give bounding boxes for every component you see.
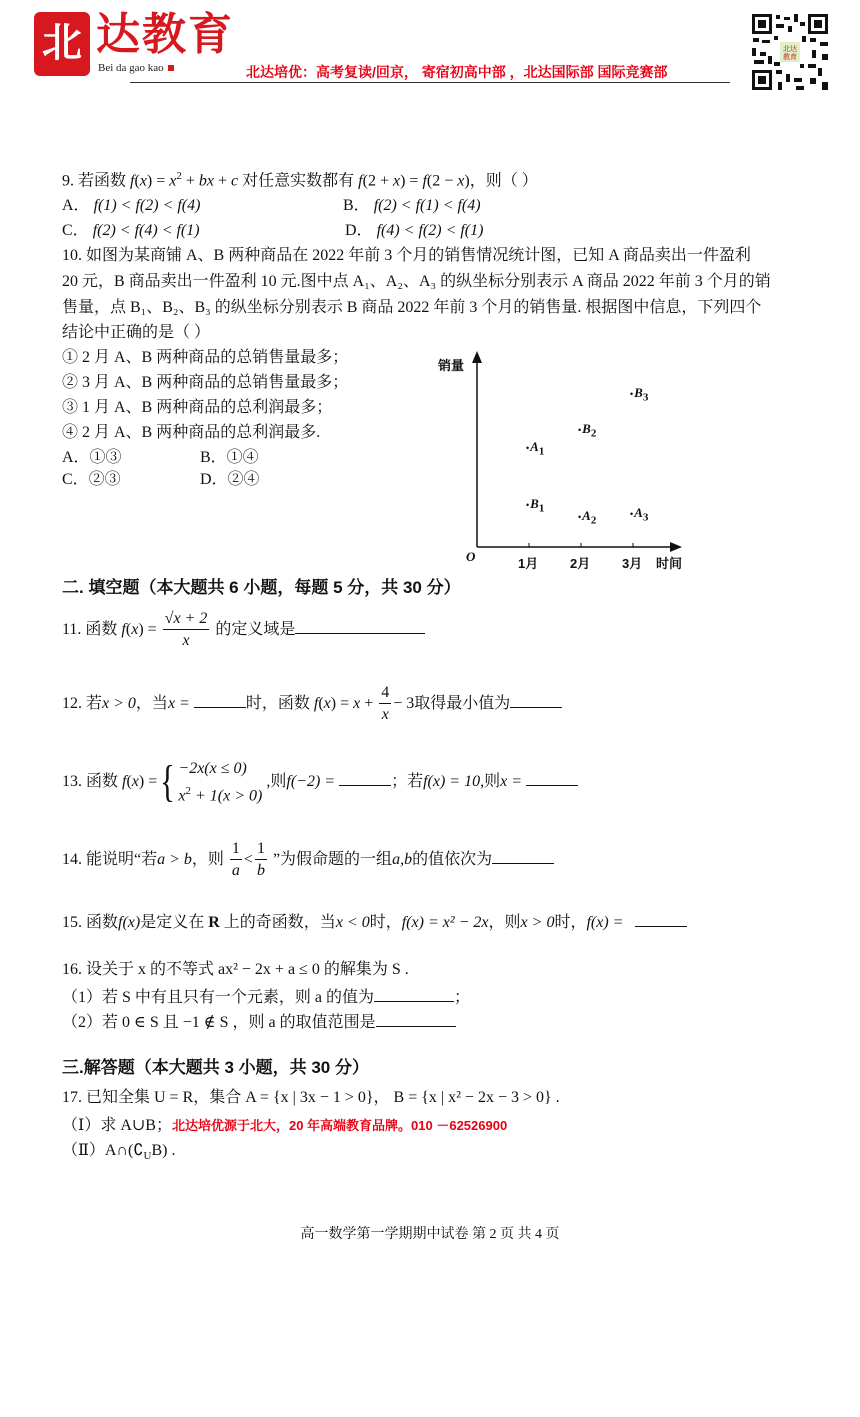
option-label: B． xyxy=(343,197,370,214)
q13-f-neg2: f(−2) = xyxy=(286,773,335,790)
q11: 11. 函数 f(x) = √x + 2x 的定义域是 xyxy=(62,606,425,654)
qr-code-icon: 北达 教育 xyxy=(750,12,830,92)
logo-subtitle: Bei da gao kao xyxy=(98,62,174,74)
y-axis-label: 销量 xyxy=(438,355,464,374)
q9-option-b[interactable]: B． f(2) < f(1) < f(4) xyxy=(343,196,481,216)
q14-condition: a > b xyxy=(157,851,192,868)
chart-axes xyxy=(430,345,690,575)
q15: 15. 函数f(x)是定义在 R 上的奇函数，当x < 0时，f(x) = x²… xyxy=(62,910,687,933)
q10-line-2: 20 元，B 商品卖出一件盈利 10 元.图中点 A₁、A₂、A₃ 的纵坐标分别… xyxy=(62,272,771,292)
point-b1: B1 xyxy=(526,496,544,515)
square-icon xyxy=(168,65,174,71)
q12: 12. 若x > 0，当x = 时，函数 f(x) = x + 4x− 3取得最… xyxy=(62,680,562,728)
q10-option-c[interactable]: C．②③ xyxy=(62,470,121,490)
q14-suffix: ”为假命题的一组 xyxy=(273,851,392,868)
q10-line-3: 售量，点 B₁、B₂、B₃ 的纵坐标分别表示 B 商品 2022 年前 3 个月… xyxy=(62,298,761,318)
numerator: 1 xyxy=(230,839,242,860)
q17-part-2-text: （Ⅱ）A∩(∁ xyxy=(62,1142,144,1159)
q16-blank-2[interactable] xyxy=(376,1010,456,1027)
q13-f-eq-10: f(x) = 10 xyxy=(423,773,480,790)
point-b3: B3 xyxy=(630,385,648,404)
header-slogan: 北达培优：高考复读/回京， 寄宿初高中部 ，北达国际部 国际竞赛部 xyxy=(246,62,668,82)
q14-ab: a,b xyxy=(392,851,412,868)
q17-part-2-end: B) . xyxy=(151,1142,175,1159)
numerator: 1 xyxy=(255,839,267,860)
q15-text-4: ，则 xyxy=(489,914,521,931)
q15-fx-eq: f(x) = xyxy=(586,914,623,931)
q9-mid: 对任意实数都有 xyxy=(242,172,354,189)
q15-text-1: 是定义在 xyxy=(140,914,204,931)
q12-suffix: 取得最小值为 xyxy=(414,695,510,712)
q13-then: ,则 xyxy=(480,773,500,790)
point-a2: A2 xyxy=(578,508,596,527)
q15-fx: f(x) xyxy=(118,914,140,931)
section-2-title: 二. 填空题（本大题共 6 小题，每题 5 分，共 30 分） xyxy=(62,578,461,598)
q16-stem: 16. 设关于 x 的不等式 ax² − 2x + a ≤ 0 的解集为 S . xyxy=(62,960,409,980)
denominator: x xyxy=(163,630,210,652)
q12-text: ，当 xyxy=(136,695,168,712)
q12-x-eq: x = xyxy=(168,695,190,712)
q12-minus: − 3 xyxy=(393,695,414,712)
q11-prefix: 11. 函数 xyxy=(62,621,117,638)
option-expr: f(1) < f(2) < f(4) xyxy=(94,197,201,214)
denominator: b xyxy=(255,860,267,882)
q14-blank[interactable] xyxy=(492,847,554,864)
piecewise-cases: −2x(x ≤ 0)x2 + 1(x > 0) xyxy=(178,758,262,807)
q13-x-eq: x = xyxy=(500,773,522,790)
q13-sep: ；若 xyxy=(391,773,423,790)
q10-line-1: 10. 如图为某商铺 A、B 两种商品在 2022 年前 3 个月的销售情况统计… xyxy=(62,246,751,266)
q15-text-3: 时， xyxy=(370,914,402,931)
option-label: A． xyxy=(62,197,90,214)
q13-mid: ,则 xyxy=(266,773,286,790)
q10-statement-3: ③ 1 月 A、B 两种商品的总利润最多； xyxy=(62,398,332,418)
q9-stem: 9. 若函数 f(x) = x2 + bx + c 对任意实数都有 f(2 + … xyxy=(62,166,538,191)
q14-lt: < xyxy=(244,851,253,868)
q10-statement-4: ④ 2 月 A、B 两种商品的总利润最多. xyxy=(62,423,320,443)
q16-part-2: （2）若 0 ∈ S 且 −1 ∉ S ，则 a 的取值范围是 xyxy=(62,1010,456,1033)
numerator: 4 xyxy=(379,683,391,704)
q10-statement-2: ② 3 月 A、B 两种商品的总销售量最多； xyxy=(62,373,348,393)
q12-x-blank[interactable] xyxy=(194,691,246,708)
option-expr: f(4) < f(2) < f(1) xyxy=(377,222,484,239)
option-expr: f(2) < f(4) < f(1) xyxy=(93,222,200,239)
q16-blank-1[interactable] xyxy=(374,985,454,1002)
q9-prefix: 9. 若函数 xyxy=(62,172,126,189)
origin-label: O xyxy=(466,549,475,565)
case-2-rest: + 1(x > 0) xyxy=(191,787,262,804)
q16-part-2-text: （2）若 0 ∈ S 且 −1 ∉ S ，则 a 的取值范围是 xyxy=(62,1014,376,1031)
q9-option-c[interactable]: C． f(2) < f(4) < f(1) xyxy=(62,221,200,241)
q17-part-1: （Ⅰ）求 A∪B；北达培优源于北大，20 年高端教育品牌。010 －625269… xyxy=(62,1116,507,1136)
q12-fraction: 4x xyxy=(379,683,391,726)
option-label: D． xyxy=(345,222,373,239)
x-tick-1: 1月 xyxy=(518,553,538,572)
q10-option-b[interactable]: B．①④ xyxy=(200,448,259,468)
q13-blank-2[interactable] xyxy=(526,769,578,786)
q10-statement-1: ① 2 月 A、B 两种商品的总销售量最多； xyxy=(62,348,348,368)
ad-banner: 北达培优源于北大，20 年高端教育品牌。010 －62526900 xyxy=(172,1118,507,1133)
denominator: a xyxy=(230,860,242,882)
logo-mark: 北 xyxy=(34,12,90,76)
q15-prefix: 15. 函数 xyxy=(62,914,118,931)
case-2-var: x xyxy=(178,787,185,804)
q15-cond-1: x < 0 xyxy=(336,914,370,931)
q13-prefix: 13. 函数 xyxy=(62,773,118,790)
q16-part-1-text: （1）若 S 中有且只有一个元素，则 a 的值为 xyxy=(62,989,374,1006)
q17-part-2: （Ⅱ）A∩(∁UB) . xyxy=(62,1141,175,1166)
sales-scatter-chart: 销量 O 1月 2月 3月 时间 A1 A2 A3 B1 B2 B3 xyxy=(430,345,690,575)
q12-min-blank[interactable] xyxy=(510,691,562,708)
q10-option-a[interactable]: A．①③ xyxy=(62,448,122,468)
q15-text-2: 上的奇函数，当 xyxy=(224,914,336,931)
q13: 13. 函数 f(x) ={−2x(x ≤ 0)x2 + 1(x > 0) ,则… xyxy=(62,755,578,809)
q17-stem: 17. 已知全集 U = R，集合 A = {x | 3x − 1 > 0}， … xyxy=(62,1088,560,1108)
logo-text: 达教育 xyxy=(96,10,234,60)
q16-part-1: （1）若 S 中有且只有一个元素，则 a 的值为； xyxy=(62,985,470,1008)
q11-suffix: 的定义域是 xyxy=(215,621,295,638)
q14-frac-a: 1a xyxy=(230,839,242,882)
option-label: C． xyxy=(62,222,89,239)
q15-reals: R xyxy=(208,914,220,931)
section-3-title: 三.解答题（本大题共 3 小题，共 30 分） xyxy=(62,1058,369,1078)
denominator: x xyxy=(379,704,391,726)
q15-cond-2: x > 0 xyxy=(521,914,555,931)
page-footer: 高一数学第一学期期中试卷 第 2 页 共 4 页 xyxy=(0,1223,860,1243)
q9-end: ，则（ ） xyxy=(470,172,538,189)
q14-prefix: 14. 能说明“若 xyxy=(62,851,157,868)
x-tick-2: 2月 xyxy=(570,553,590,572)
q15-expr: f(x) = x² − 2x xyxy=(402,914,489,931)
point-a1: A1 xyxy=(526,439,544,458)
q11-fraction: √x + 2x xyxy=(163,609,210,652)
q15-blank[interactable] xyxy=(635,910,687,927)
q14: 14. 能说明“若a > b，则 1a<1b ”为假命题的一组a,b的值依次为 xyxy=(62,836,554,884)
header-divider xyxy=(130,82,730,83)
q17-part-1-text: （Ⅰ）求 A∪B； xyxy=(62,1117,172,1134)
q11-answer-blank[interactable] xyxy=(295,617,425,634)
x-axis-label: 时间 xyxy=(656,553,682,572)
q9-option-d[interactable]: D． f(4) < f(2) < f(1) xyxy=(345,221,483,241)
x-tick-3: 3月 xyxy=(622,553,642,572)
q12-condition: x > 0 xyxy=(102,695,136,712)
q14-then: ，则 xyxy=(192,851,224,868)
option-expr: f(2) < f(1) < f(4) xyxy=(374,197,481,214)
q12-prefix: 12. 若 xyxy=(62,695,102,712)
q12-text-2: 时，函数 xyxy=(246,695,310,712)
q9-option-a[interactable]: A． f(1) < f(2) < f(4) xyxy=(62,196,200,216)
q14-tail: 的值依次为 xyxy=(412,851,492,868)
q13-blank-1[interactable] xyxy=(339,769,391,786)
numerator: √x + 2 xyxy=(163,609,210,630)
svg-text:北达: 北达 xyxy=(783,44,797,53)
q10-line-4: 结论中正确的是（ ） xyxy=(62,323,210,343)
svg-text:教育: 教育 xyxy=(783,52,797,61)
q14-frac-b: 1b xyxy=(255,839,267,882)
point-b2: B2 xyxy=(578,421,596,440)
q10-option-d[interactable]: D．②④ xyxy=(200,470,260,490)
case-1: −2x(x ≤ 0) xyxy=(178,758,262,780)
logo-subtitle-text: Bei da gao kao xyxy=(98,62,164,74)
point-a3: A3 xyxy=(630,505,648,524)
q16-part-1-end: ； xyxy=(454,989,470,1006)
q15-text-5: 时， xyxy=(554,914,586,931)
